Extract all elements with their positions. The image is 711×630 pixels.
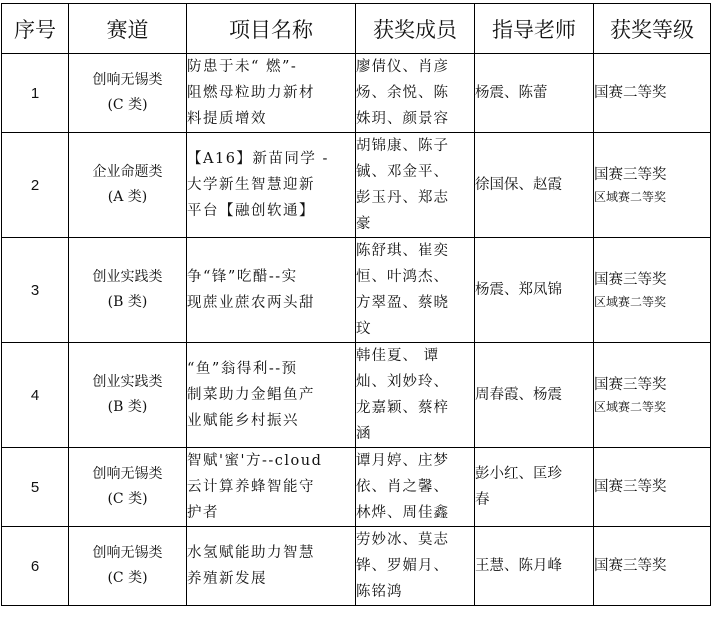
header-advisors: 指导老师	[475, 4, 594, 54]
members-line: 灿、刘妙玲、	[356, 369, 474, 395]
row-advisors: 王慧、陈月峰	[475, 527, 594, 606]
row-index: 1	[2, 54, 69, 133]
row-track: 创响无锡类 (C 类)	[69, 527, 187, 606]
members-line: 谭月婷、庄梦	[356, 448, 474, 474]
track-line: 创响无锡类	[69, 541, 186, 566]
members-line: 铧、罗媚月、	[356, 553, 474, 579]
award-level-regional: 区域赛二等奖	[594, 292, 710, 312]
row-advisors: 彭小红、匡珍 春	[475, 448, 594, 527]
row-award-level: 国赛三等奖 区域赛二等奖	[594, 133, 711, 238]
award-level-regional: 区域赛二等奖	[594, 187, 710, 207]
members-line: 廖倩仪、肖彦	[356, 54, 474, 80]
members-line: 姝玥、颜景容	[356, 106, 474, 132]
track-line: 创响无锡类	[69, 462, 186, 487]
project-line: 养殖新发展	[187, 566, 355, 592]
track-line: 企业命题类	[69, 160, 186, 185]
track-category: (B 类)	[69, 395, 186, 420]
row-members: 胡锦康、陈子 铖、邓金平、 彭玉丹、郑志 豪	[356, 133, 475, 238]
members-line: 恒、叶鸿杰、	[356, 264, 474, 290]
row-project-name: “鱼”翁得利--预 制菜助力金鲳鱼产 业赋能乡村振兴	[187, 343, 356, 448]
members-line: 依、肖之馨、	[356, 474, 474, 500]
row-project-name: 争“锋”吃醋--实 现蔗业蔗农两头甜	[187, 238, 356, 343]
track-line: 创业实践类	[69, 265, 186, 290]
row-advisors: 徐国保、赵霞	[475, 133, 594, 238]
award-level-main: 国赛三等奖	[594, 268, 710, 292]
members-line: 炀、余悦、陈	[356, 80, 474, 106]
row-award-level: 国赛三等奖 区域赛二等奖	[594, 343, 711, 448]
track-category: (C 类)	[69, 487, 186, 512]
table-header-row: 序号 赛道 项目名称 获奖成员 指导老师 获奖等级	[2, 4, 711, 54]
row-track: 企业命题类 (A 类)	[69, 133, 187, 238]
table-row: 4 创业实践类 (B 类) “鱼”翁得利--预 制菜助力金鲳鱼产 业赋能乡村振兴…	[2, 343, 711, 448]
award-level-main: 国赛三等奖	[594, 475, 710, 499]
project-line: 业赋能乡村振兴	[187, 408, 355, 434]
project-line: 大学新生智慧迎新	[187, 172, 355, 198]
row-award-level: 国赛三等奖	[594, 527, 711, 606]
award-level-main: 国赛三等奖	[594, 163, 710, 187]
track-category: (C 类)	[69, 566, 186, 591]
advisors-line: 春	[475, 487, 593, 513]
awards-table: 序号 赛道 项目名称 获奖成员 指导老师 获奖等级 1 创响无锡类 (C 类) …	[1, 3, 711, 606]
row-track: 创业实践类 (B 类)	[69, 343, 187, 448]
project-line: 【A16】新苗同学 -	[187, 146, 355, 172]
row-project-name: 防患于未“ 燃”- 阻燃母粒助力新材 料提质增效	[187, 54, 356, 133]
row-advisors: 杨震、陈蕾	[475, 54, 594, 133]
row-award-level: 国赛三等奖	[594, 448, 711, 527]
row-award-level: 国赛三等奖 区域赛二等奖	[594, 238, 711, 343]
header-index: 序号	[2, 4, 69, 54]
members-line: 彭玉丹、郑志	[356, 185, 474, 211]
project-line: 制菜助力金鲳鱼产	[187, 382, 355, 408]
row-project-name: 水氢赋能助力智慧 养殖新发展	[187, 527, 356, 606]
members-line: 陈铭鸿	[356, 579, 474, 605]
members-line: 劳妙冰、莫志	[356, 527, 474, 553]
members-line: 方翠盈、蔡晓	[356, 290, 474, 316]
row-advisors: 杨震、郑凤锦	[475, 238, 594, 343]
members-line: 陈舒琪、崔奕	[356, 238, 474, 264]
row-advisors: 周春霞、杨震	[475, 343, 594, 448]
row-index: 4	[2, 343, 69, 448]
award-level-regional: 区域赛二等奖	[594, 397, 710, 417]
members-line: 涵	[356, 421, 474, 447]
track-category: (C 类)	[69, 93, 186, 118]
table-row: 3 创业实践类 (B 类) 争“锋”吃醋--实 现蔗业蔗农两头甜 陈舒琪、崔奕 …	[2, 238, 711, 343]
project-line: 智赋'蜜'方--cloud	[187, 448, 355, 474]
row-index: 2	[2, 133, 69, 238]
table-row: 2 企业命题类 (A 类) 【A16】新苗同学 - 大学新生智慧迎新 平台【融创…	[2, 133, 711, 238]
award-level-main: 国赛三等奖	[594, 554, 710, 578]
project-line: 护者	[187, 500, 355, 526]
header-project: 项目名称	[187, 4, 356, 54]
project-line: 现蔗业蔗农两头甜	[187, 290, 355, 316]
members-line: 豪	[356, 211, 474, 237]
track-category: (B 类)	[69, 290, 186, 315]
members-line: 胡锦康、陈子	[356, 133, 474, 159]
header-level: 获奖等级	[594, 4, 711, 54]
members-line: 林烨、周佳鑫	[356, 500, 474, 526]
track-line: 创业实践类	[69, 370, 186, 395]
project-line: 防患于未“ 燃”-	[187, 54, 355, 80]
members-line: 铖、邓金平、	[356, 159, 474, 185]
advisors-line: 彭小红、匡珍	[475, 461, 593, 487]
table-row: 5 创响无锡类 (C 类) 智赋'蜜'方--cloud 云计算养蜂智能守 护者 …	[2, 448, 711, 527]
row-project-name: 【A16】新苗同学 - 大学新生智慧迎新 平台【融创软通】	[187, 133, 356, 238]
table-row: 1 创响无锡类 (C 类) 防患于未“ 燃”- 阻燃母粒助力新材 料提质增效 廖…	[2, 54, 711, 133]
header-track: 赛道	[69, 4, 187, 54]
project-line: “鱼”翁得利--预	[187, 356, 355, 382]
row-members: 谭月婷、庄梦 依、肖之馨、 林烨、周佳鑫	[356, 448, 475, 527]
project-line: 争“锋”吃醋--实	[187, 264, 355, 290]
members-line: 玟	[356, 316, 474, 342]
project-line: 阻燃母粒助力新材	[187, 80, 355, 106]
award-level-main: 国赛二等奖	[594, 81, 710, 105]
award-level-main: 国赛三等奖	[594, 373, 710, 397]
row-members: 陈舒琪、崔奕 恒、叶鸿杰、 方翠盈、蔡晓 玟	[356, 238, 475, 343]
track-category: (A 类)	[69, 185, 186, 210]
members-line: 韩佳夏、 谭	[356, 343, 474, 369]
project-line: 平台【融创软通】	[187, 198, 355, 224]
members-line: 龙嘉颖、蔡梓	[356, 395, 474, 421]
row-index: 6	[2, 527, 69, 606]
row-project-name: 智赋'蜜'方--cloud 云计算养蜂智能守 护者	[187, 448, 356, 527]
row-track: 创响无锡类 (C 类)	[69, 54, 187, 133]
project-line: 料提质增效	[187, 106, 355, 132]
project-line: 云计算养蜂智能守	[187, 474, 355, 500]
row-members: 廖倩仪、肖彦 炀、余悦、陈 姝玥、颜景容	[356, 54, 475, 133]
header-members: 获奖成员	[356, 4, 475, 54]
row-members: 韩佳夏、 谭 灿、刘妙玲、 龙嘉颖、蔡梓 涵	[356, 343, 475, 448]
row-track: 创业实践类 (B 类)	[69, 238, 187, 343]
row-index: 5	[2, 448, 69, 527]
row-award-level: 国赛二等奖	[594, 54, 711, 133]
track-line: 创响无锡类	[69, 68, 186, 93]
row-track: 创响无锡类 (C 类)	[69, 448, 187, 527]
row-members: 劳妙冰、莫志 铧、罗媚月、 陈铭鸿	[356, 527, 475, 606]
project-line: 水氢赋能助力智慧	[187, 540, 355, 566]
table-row: 6 创响无锡类 (C 类) 水氢赋能助力智慧 养殖新发展 劳妙冰、莫志 铧、罗媚…	[2, 527, 711, 606]
row-index: 3	[2, 238, 69, 343]
